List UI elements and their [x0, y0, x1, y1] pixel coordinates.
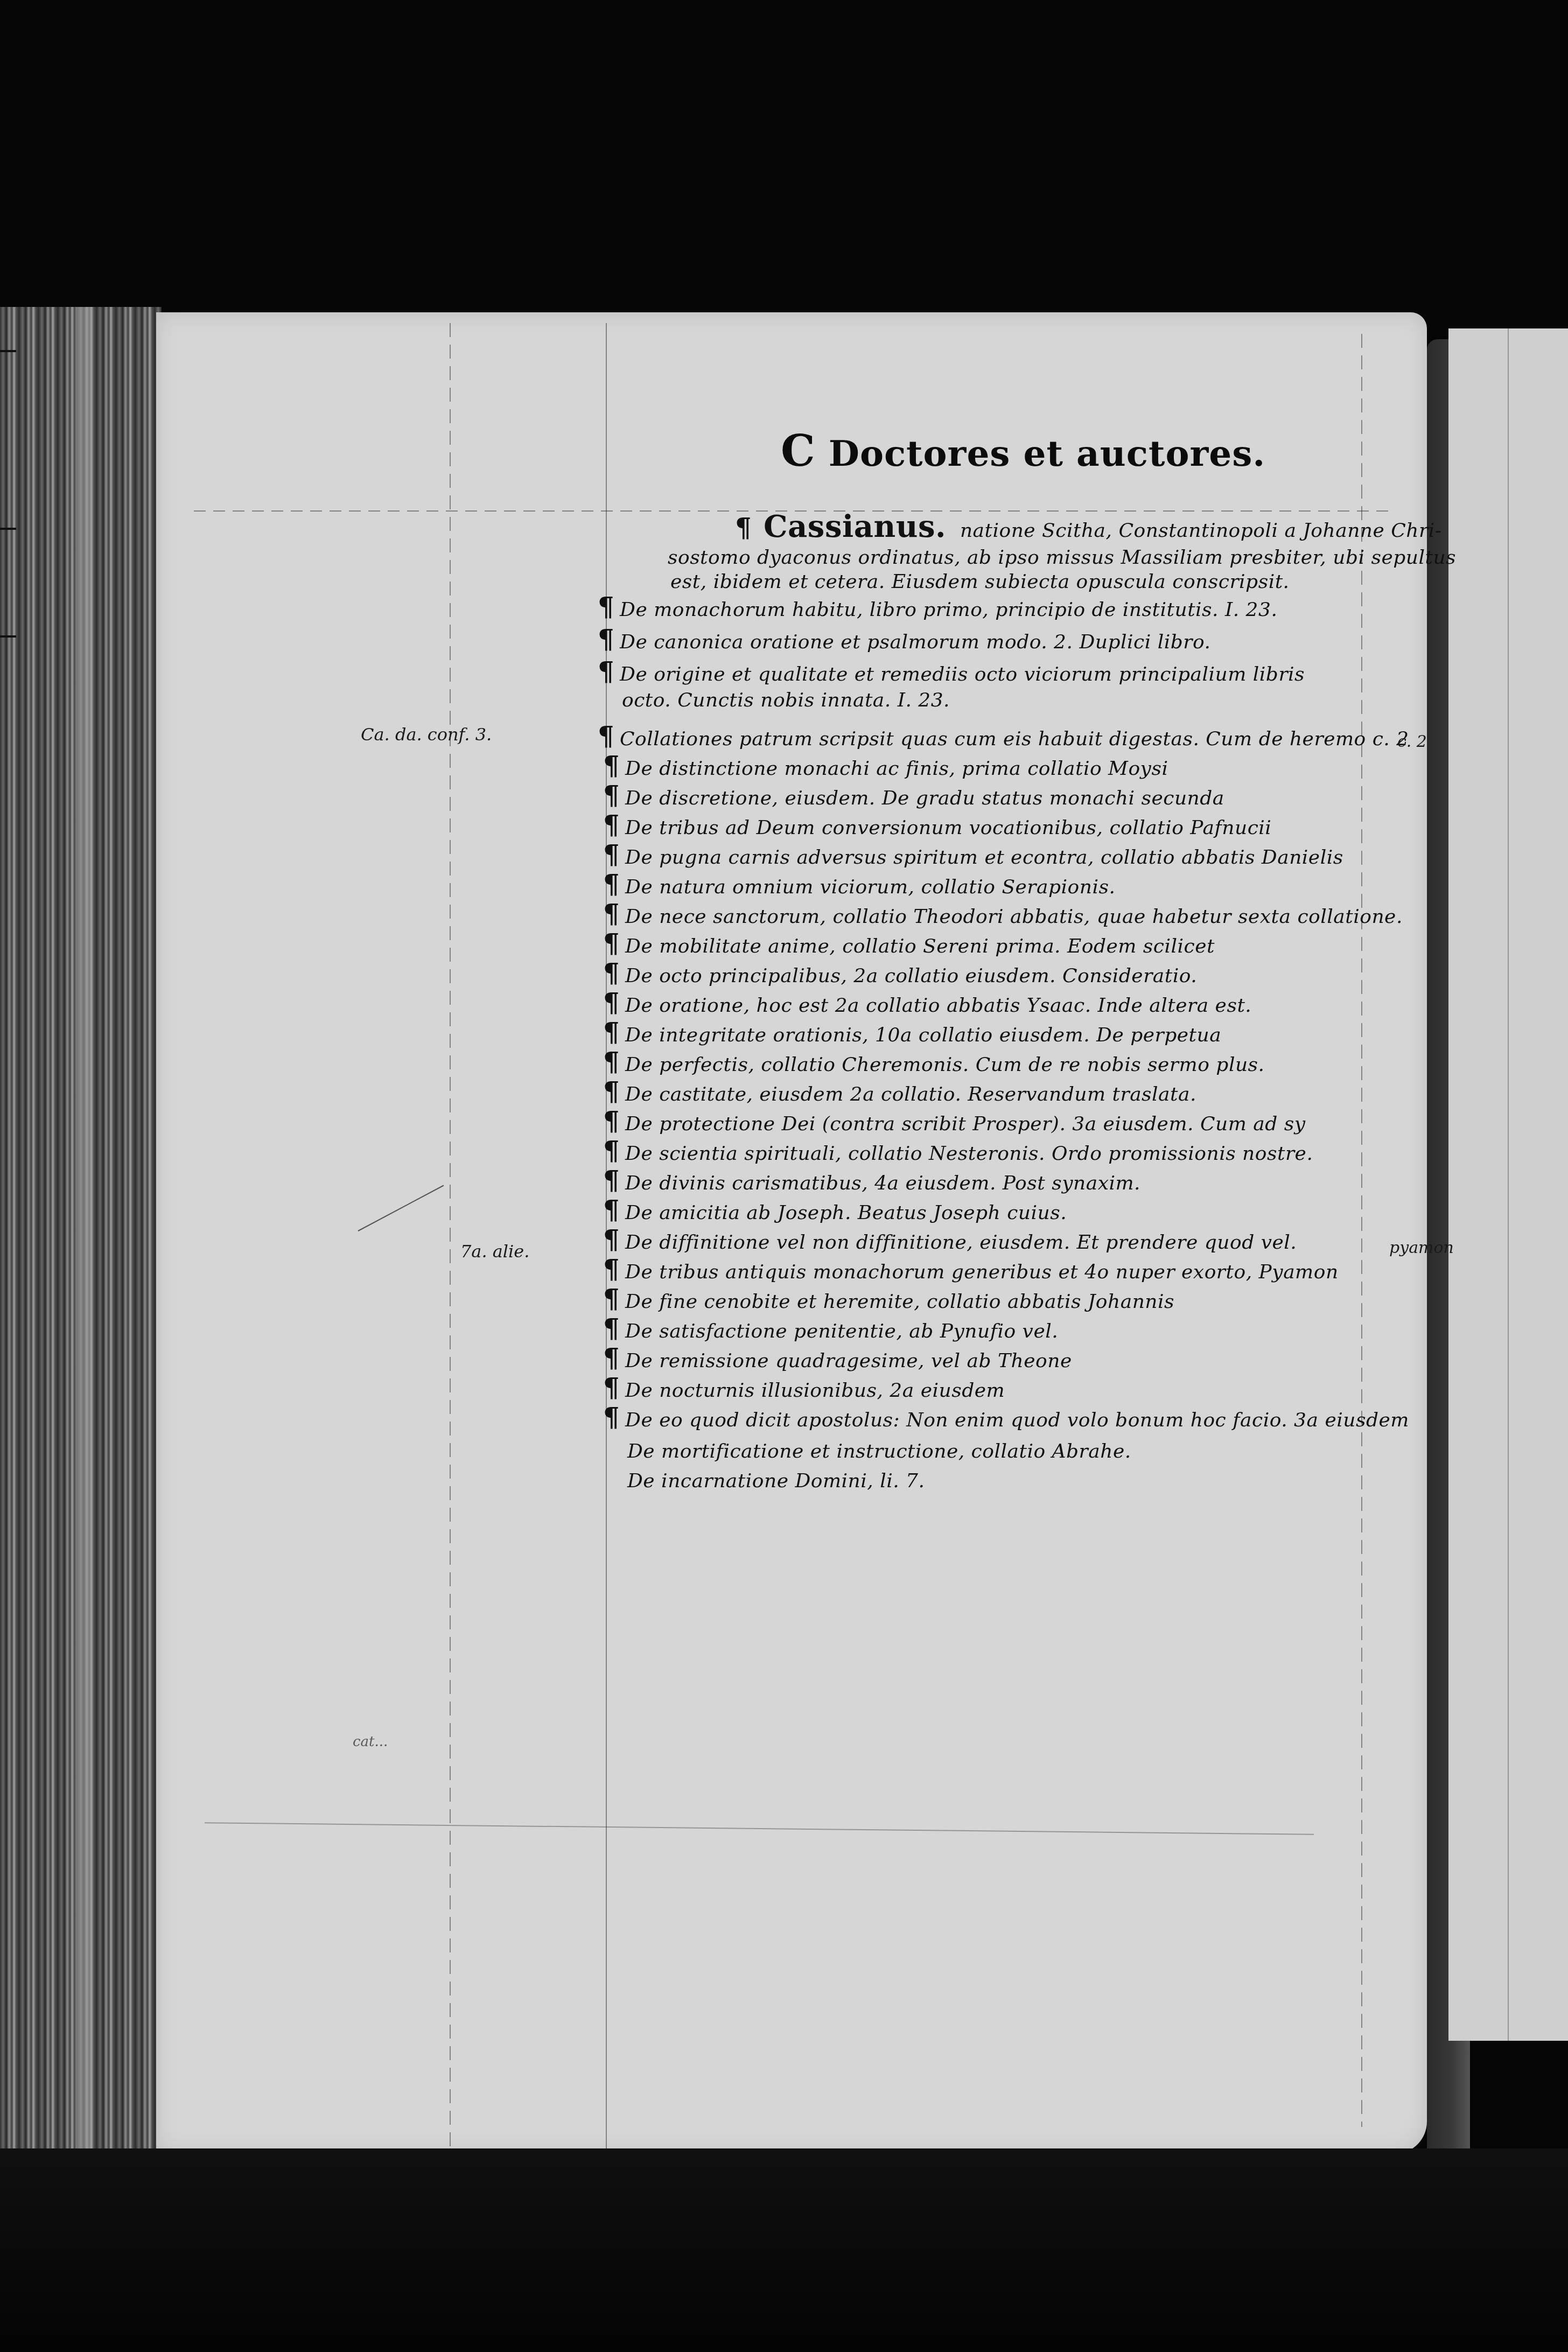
- list-item: ¶De scientia spirituali, collatio Nester…: [603, 1136, 1313, 1166]
- list-item: ¶De tribus ad Deum conversionum vocation…: [603, 810, 1271, 841]
- list-item: ¶De oratione, hoc est 2a collatio abbati…: [603, 988, 1251, 1018]
- work-title: De natura omnium viciorum, collatio Sera…: [625, 876, 1115, 898]
- list-item: ¶De mobilitate anime, collatio Sereni pr…: [603, 929, 1215, 959]
- margin-note: 7a. alie.: [460, 1241, 529, 1262]
- work-title: De nocturnis illusionibus, 2a eiusdem: [625, 1380, 1005, 1402]
- work-title: De satisfactione penitentie, ab Pynufio …: [625, 1320, 1058, 1342]
- paragraph-mark-icon: ¶: [603, 1047, 620, 1077]
- author-entry-line-2: sostomo dyaconus ordinatus, ab ipso miss…: [668, 547, 1456, 569]
- paragraph-mark-icon: ¶: [598, 592, 614, 622]
- list-item: De mortificatione et instructione, colla…: [627, 1440, 1131, 1462]
- author-entry-line-3: est, ibidem et cetera. Eiusdem subiecta …: [670, 571, 1290, 593]
- work-title: De oratione, hoc est 2a collatio abbatis…: [625, 995, 1251, 1017]
- photo-background-bottom: [0, 2148, 1568, 2352]
- work-title: De perfectis, collatio Cheremonis. Cum d…: [625, 1054, 1264, 1076]
- list-item: octo. Cunctis nobis innata. I. 23.: [622, 689, 950, 711]
- paragraph-mark-icon: ¶: [603, 1166, 620, 1196]
- heading-initial: C: [781, 425, 816, 476]
- work-title: De nece sanctorum, collatio Theodori abb…: [625, 906, 1403, 928]
- paragraph-mark-icon: ¶: [735, 513, 752, 543]
- list-item: ¶De protectione Dei (contra scribit Pros…: [603, 1107, 1306, 1137]
- paragraph-mark-icon: ¶: [598, 722, 614, 752]
- margin-note: Ca. da. conf. 3.: [361, 724, 492, 745]
- list-item: ¶De monachorum habitu, libro primo, prin…: [598, 592, 1277, 622]
- list-item: ¶De pugna carnis adversus spiritum et ec…: [603, 840, 1343, 870]
- work-title: De monachorum habitu, libro primo, princ…: [620, 599, 1277, 621]
- work-title: De tribus antiquis monachorum generibus …: [625, 1261, 1339, 1283]
- paragraph-mark-icon: ¶: [603, 810, 620, 841]
- paragraph-mark-icon: ¶: [603, 1077, 620, 1107]
- work-title: De scientia spirituali, collatio Nestero…: [625, 1143, 1313, 1165]
- work-title: octo. Cunctis nobis innata. I. 23.: [622, 689, 950, 711]
- paragraph-mark-icon: ¶: [603, 1314, 620, 1344]
- work-title: De mortificatione et instructione, colla…: [627, 1440, 1131, 1462]
- work-title: De mobilitate anime, collatio Sereni pri…: [625, 935, 1215, 957]
- work-title: De discretione, eiusdem. De gradu status…: [625, 787, 1224, 809]
- paragraph-mark-icon: ¶: [603, 958, 620, 989]
- list-item: ¶De eo quod dicit apostolus: Non enim qu…: [603, 1403, 1409, 1433]
- paragraph-mark-icon: ¶: [603, 1403, 620, 1433]
- paragraph-mark-icon: ¶: [603, 1373, 620, 1403]
- work-title: De castitate, eiusdem 2a collatio. Reser…: [625, 1083, 1196, 1105]
- heading-text: Doctores et auctores.: [829, 432, 1266, 474]
- paragraph-mark-icon: ¶: [603, 1343, 620, 1374]
- paragraph-mark-icon: ¶: [603, 751, 620, 781]
- list-item: ¶De diffinitione vel non diffinitione, e…: [603, 1225, 1297, 1255]
- list-item: ¶De discretione, eiusdem. De gradu statu…: [603, 781, 1224, 811]
- work-title: De tribus ad Deum conversionum vocationi…: [625, 817, 1271, 839]
- work-title: De divinis carismatibus, 4a eiusdem. Pos…: [625, 1172, 1140, 1194]
- work-title: De fine cenobite et heremite, collatio a…: [625, 1291, 1174, 1313]
- work-title: De protectione Dei (contra scribit Prosp…: [625, 1113, 1305, 1135]
- list-item: ¶De nece sanctorum, collatio Theodori ab…: [603, 899, 1403, 929]
- edge-markers: [0, 350, 22, 673]
- list-item: ¶De distinctione monachi ac finis, prima…: [603, 751, 1168, 781]
- list-item: De incarnatione Domini, li. 7.: [627, 1470, 925, 1492]
- paragraph-mark-icon: ¶: [598, 657, 614, 687]
- list-item: ¶De amicitia ab Joseph. Beatus Joseph cu…: [603, 1195, 1067, 1226]
- paragraph-mark-icon: ¶: [603, 1195, 620, 1226]
- paragraph-mark-icon: ¶: [603, 840, 620, 870]
- list-item: ¶De fine cenobite et heremite, collatio …: [603, 1284, 1174, 1314]
- list-item: ¶De octo principalibus, 2a collatio eius…: [603, 958, 1197, 989]
- work-title: De amicitia ab Joseph. Beatus Joseph cui…: [625, 1202, 1067, 1224]
- work-title: De octo principalibus, 2a collatio eiusd…: [625, 965, 1197, 987]
- paragraph-mark-icon: ¶: [603, 899, 620, 929]
- margin-note: cat...: [353, 1734, 388, 1750]
- list-item: ¶De perfectis, collatio Cheremonis. Cum …: [603, 1047, 1265, 1077]
- author-name: Cassianus.: [764, 509, 946, 544]
- paragraph-mark-icon: ¶: [598, 625, 614, 655]
- list-item: ¶De remissione quadragesime, vel ab Theo…: [603, 1343, 1072, 1374]
- paragraph-mark-icon: ¶: [603, 1225, 620, 1255]
- paragraph-mark-icon: ¶: [603, 1107, 620, 1137]
- photo-background-top: [0, 0, 1568, 307]
- margin-overflow-note: c. 2: [1397, 732, 1427, 751]
- work-title: De incarnatione Domini, li. 7.: [627, 1470, 925, 1492]
- list-item: ¶De natura omnium viciorum, collatio Ser…: [603, 870, 1115, 900]
- work-title: De diffinitione vel non diffinitione, ei…: [625, 1231, 1297, 1254]
- list-item: ¶De canonica oratione et psalmorum modo.…: [598, 625, 1210, 655]
- work-title: De origine et qualitate et remediis octo…: [620, 663, 1305, 685]
- author-intro-line: natione Scitha, Constantinopoli a Johann…: [960, 520, 1442, 542]
- paragraph-mark-icon: ¶: [603, 929, 620, 959]
- work-title: De remissione quadragesime, vel ab Theon…: [625, 1350, 1072, 1372]
- work-title: De integritate orationis, 10a collatio e…: [625, 1024, 1221, 1046]
- list-item: ¶De origine et qualitate et remediis oct…: [598, 657, 1305, 687]
- ruling-line-right: [1361, 334, 1362, 2127]
- page-heading: C Doctores et auctores.: [781, 425, 1265, 476]
- facing-page-edge: [1448, 328, 1568, 2041]
- list-item: ¶De castitate, eiusdem 2a collatio. Rese…: [603, 1077, 1196, 1107]
- list-item: ¶De integritate orationis, 10a collatio …: [603, 1018, 1221, 1048]
- paragraph-mark-icon: ¶: [603, 1284, 620, 1314]
- author-intro-line: est, ibidem et cetera. Eiusdem subiecta …: [670, 571, 1290, 593]
- paragraph-mark-icon: ¶: [603, 1018, 620, 1048]
- work-title: De canonica oratione et psalmorum modo. …: [620, 631, 1210, 653]
- paragraph-mark-icon: ¶: [603, 1255, 620, 1285]
- list-item: ¶De divinis carismatibus, 4a eiusdem. Po…: [603, 1166, 1140, 1196]
- paragraph-mark-icon: ¶: [603, 870, 620, 900]
- paragraph-mark-icon: ¶: [603, 781, 620, 811]
- paragraph-mark-icon: ¶: [603, 1136, 620, 1166]
- ruling-line-left-outer: [450, 323, 451, 2148]
- margin-overflow-note: pyamon: [1389, 1238, 1454, 1257]
- paragraph-mark-icon: ¶: [603, 988, 620, 1018]
- list-item: ¶De tribus antiquis monachorum generibus…: [603, 1255, 1339, 1285]
- author-intro-line: sostomo dyaconus ordinatus, ab ipso miss…: [668, 547, 1456, 569]
- list-item: ¶De satisfactione penitentie, ab Pynufio…: [603, 1314, 1058, 1344]
- work-title: De eo quod dicit apostolus: Non enim quo…: [625, 1409, 1409, 1431]
- work-title: De pugna carnis adversus spiritum et eco…: [625, 846, 1343, 869]
- work-title: Collationes patrum scripsit quas cum eis…: [620, 728, 1409, 750]
- list-item: ¶Collationes patrum scripsit quas cum ei…: [598, 722, 1409, 752]
- author-entry-line-1: ¶ Cassianus. natione Scitha, Constantino…: [735, 509, 1441, 544]
- book-fore-edge: [0, 307, 162, 2235]
- list-item: ¶De nocturnis illusionibus, 2a eiusdem: [603, 1373, 1005, 1403]
- work-title: De distinctione monachi ac finis, prima …: [625, 758, 1168, 780]
